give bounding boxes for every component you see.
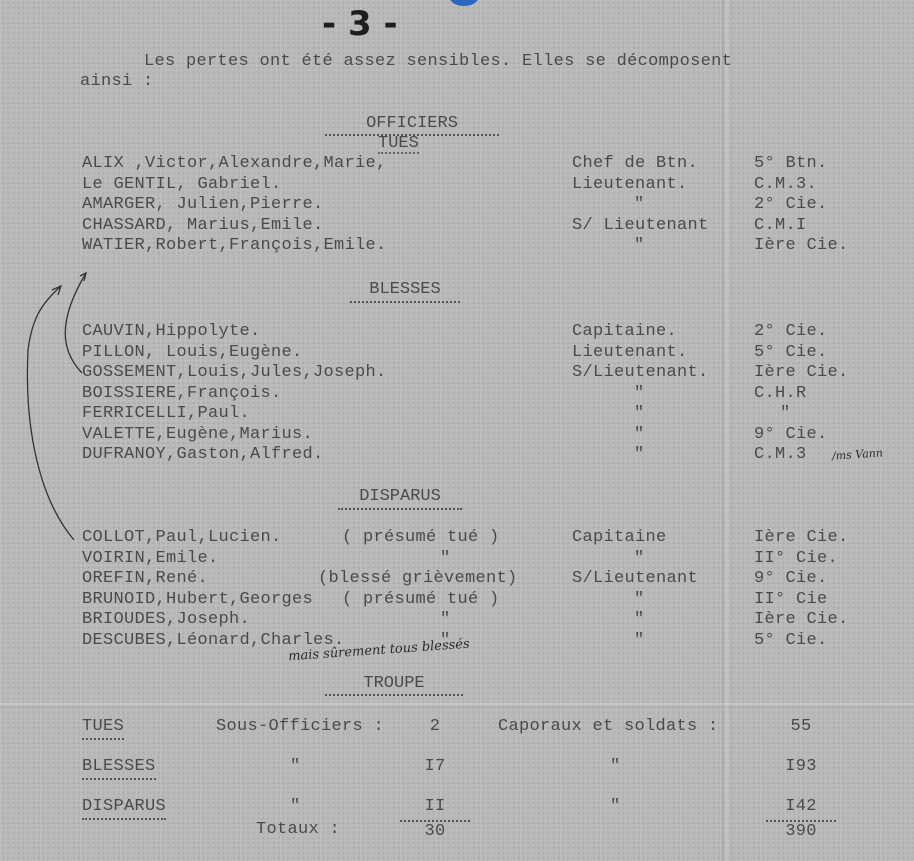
- margin-arrows: [0, 0, 914, 861]
